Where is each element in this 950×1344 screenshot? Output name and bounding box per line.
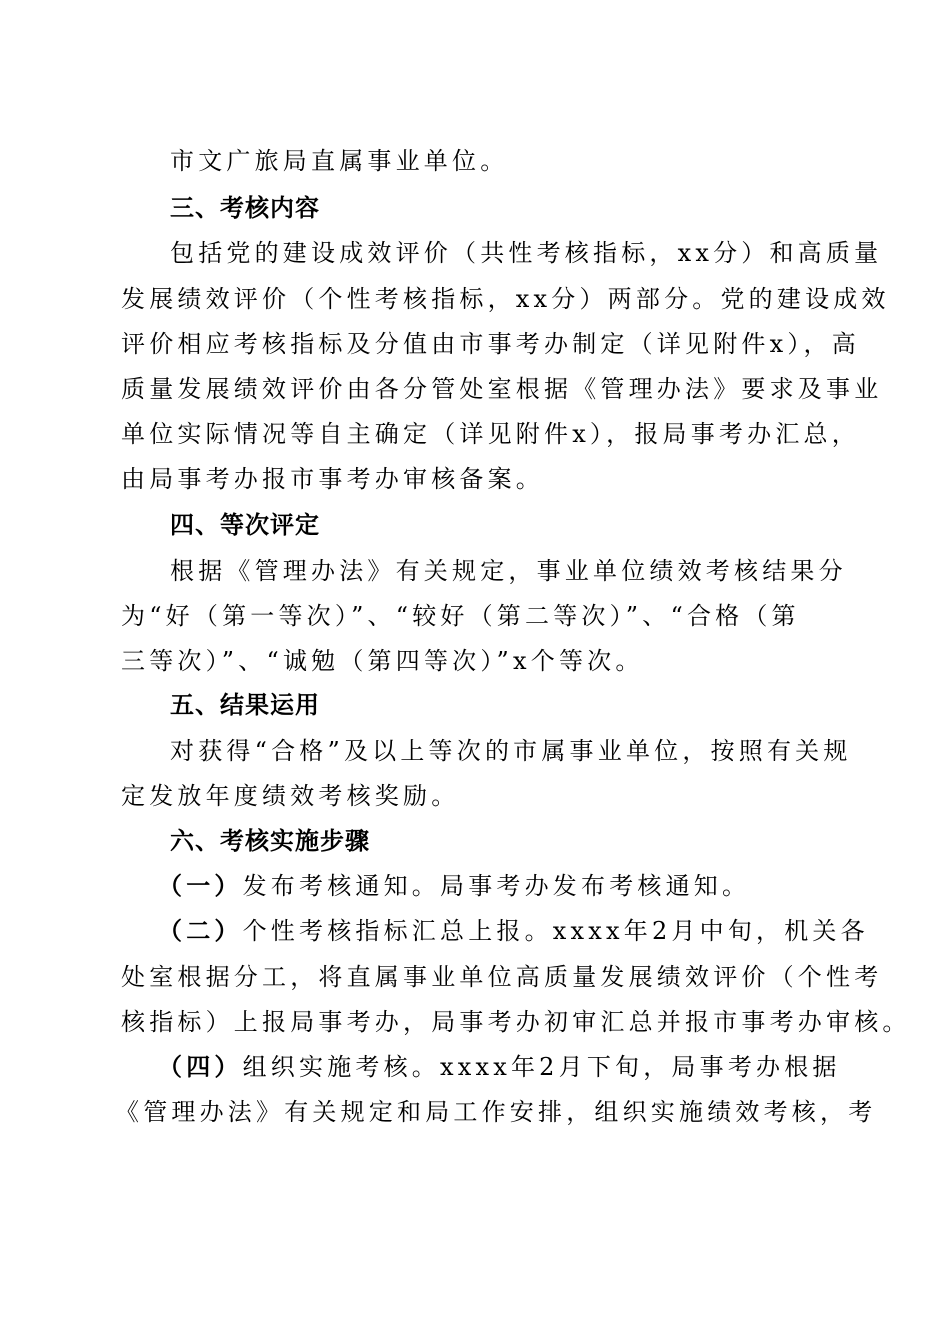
document-page: 市文广旅局直属事业单位。 三、考核内容 包括党的建设成效评价（共性考核指标，xx… [0,0,950,1344]
paragraph-line: 三等次）”、“诚勉（第四等次）”x个等次。 [121,646,821,676]
sub-item-label: （二） [158,916,243,945]
paragraph-line: 根据《管理办法》有关规定，事业单位绩效考核结果分 [170,556,870,586]
paragraph-line: 定发放年度绩效考核奖励。 [121,781,821,811]
section-heading-6: 六、考核实施步骤 [170,826,870,856]
sub-item-label: （一） [158,871,243,900]
sub-item-2: （二）个性考核指标汇总上报。xxxx年2月中旬，机关各 [158,916,858,946]
paragraph-line: 对获得“合格”及以上等次的市属事业单位，按照有关规 [170,736,870,766]
sub-item-label: （四） [158,1052,243,1081]
sub-item-text: 组织实施考核。xxxx年2月下旬，局事考办根据 [243,1053,841,1081]
paragraph-line: 为“好（第一等次）”、“较好（第二等次）”、“合格（第 [121,601,821,631]
paragraph-line: 由局事考办报市事考办审核备案。 [121,464,821,494]
paragraph-line: 包括党的建设成效评价（共性考核指标，xx分）和高质量 [170,238,870,268]
paragraph-line: 评价相应考核指标及分值由市事考办制定（详见附件x），高 [121,329,821,359]
paragraph-line: 发展绩效评价（个性考核指标，xx分）两部分。党的建设成效 [121,284,821,314]
paragraph-line: 单位实际情况等自主确定（详见附件x），报局事考办汇总， [121,419,821,449]
section-heading-3: 三、考核内容 [170,193,870,223]
paragraph-line: 《管理办法》有关规定和局工作安排，组织实施绩效考核，考 [115,1097,815,1127]
paragraph-line: 核指标）上报局事考办，局事考办初审汇总并报市事考办审核。 [121,1007,821,1037]
section-heading-5: 五、结果运用 [170,690,870,720]
sub-item-text: 发布考核通知。局事考办发布考核通知。 [243,872,751,900]
section-heading-4: 四、等次评定 [170,510,870,540]
paragraph-line: 市文广旅局直属事业单位。 [170,146,870,176]
sub-item-4: （四）组织实施考核。xxxx年2月下旬，局事考办根据 [158,1052,858,1082]
paragraph-line: 质量发展绩效评价由各分管处室根据《管理办法》要求及事业 [121,374,821,404]
sub-item-1: （一）发布考核通知。局事考办发布考核通知。 [158,871,858,901]
sub-item-text: 个性考核指标汇总上报。xxxx年2月中旬，机关各 [243,917,869,945]
paragraph-line: 处室根据分工，将直属事业单位高质量发展绩效评价（个性考 [121,962,821,992]
